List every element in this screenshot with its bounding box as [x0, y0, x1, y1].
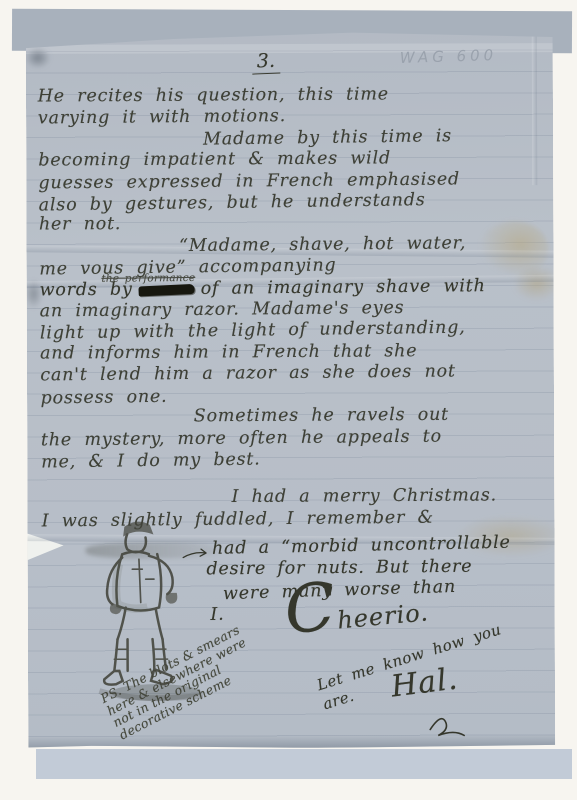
inserted-correction: the performance	[101, 268, 195, 290]
letter-body: He recites his question, this time varyi…	[38, 83, 547, 533]
letter-line: Sometimes he ravels out	[194, 404, 546, 428]
soldier-sketch	[51, 517, 220, 722]
signature: Hal.	[389, 661, 460, 704]
stain	[25, 47, 51, 69]
scanned-letter-photo: 3. WAG 600 He recites his question, this…	[0, 0, 577, 800]
letter-line: I had a merry Christmas.	[231, 485, 546, 508]
letter-page: 3. WAG 600 He recites his question, this…	[26, 29, 556, 749]
sheet-edge-behind-bottom	[36, 749, 572, 779]
archive-mark: WAG 600	[400, 46, 498, 67]
page-number: 3.	[247, 49, 284, 72]
signature-flourish-icon	[426, 713, 470, 743]
closing-cheerio: Cheerio.	[285, 598, 430, 639]
letter-line: of an imaginary shave with	[201, 276, 486, 299]
